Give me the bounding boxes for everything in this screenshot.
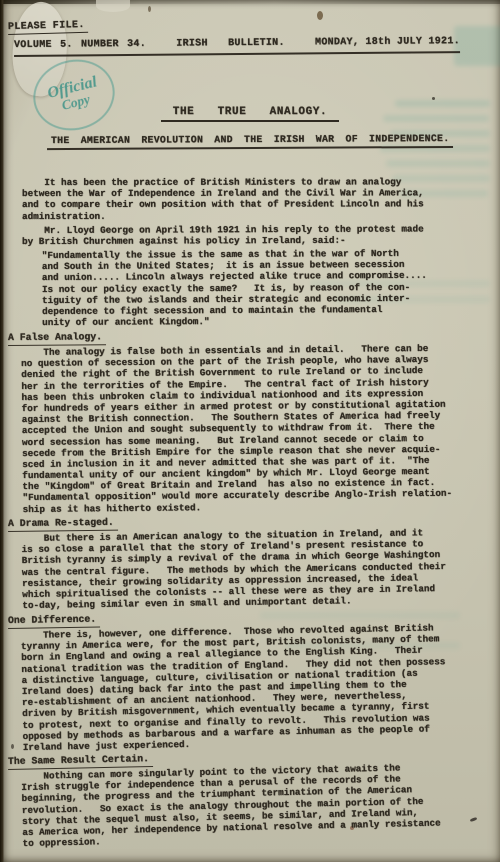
- section-heading-text: A Drama Re-staged.: [8, 517, 118, 532]
- masthead-publication-title: IRISH BULLETIN.: [176, 38, 285, 50]
- page-title: THE TRUE ANALOGY.: [161, 106, 339, 122]
- body-paragraph: Mr. Lloyd George on April 19th 1921 in h…: [22, 223, 492, 247]
- please-file-annotation: PLEASE FILE.: [8, 20, 88, 35]
- document-page: PLEASE FILE. VOLUME 5. NUMBER 34. IRISH …: [0, 0, 500, 862]
- section-heading-text: A False Analogy.: [8, 332, 106, 346]
- text-line: Mr. Lloyd George on April 19th 1921 in h…: [22, 223, 492, 236]
- ink-bleed-smudge: [454, 26, 500, 66]
- text-line: by British Churchmen against his policy …: [22, 234, 492, 247]
- text-line: between the War of Independence in Irela…: [22, 187, 492, 199]
- stain-speck: [148, 6, 151, 12]
- masthead: VOLUME 5. NUMBER 34. IRISH BULLETIN. MON…: [14, 36, 460, 57]
- body-paragraph: Nothing can more singularly point to the…: [21, 760, 493, 849]
- body-paragraph: There is, however, one difference. Those…: [21, 621, 493, 753]
- torn-paper-patch: [96, 0, 130, 12]
- body-paragraph: The analogy is false both in essentials …: [21, 343, 493, 516]
- page-subtitle: THE AMERICAN REVOLUTION AND THE IRISH WA…: [47, 133, 453, 150]
- document-body: It has been the practice of British Mini…: [0, 177, 500, 849]
- section-heading-text: One Difference.: [8, 613, 100, 628]
- body-paragraph: It has been the practice of British Mini…: [22, 176, 492, 222]
- stain-speck: [317, 11, 323, 20]
- masthead-volume-number: VOLUME 5. NUMBER 34.: [14, 39, 146, 51]
- scan-edge-top: [0, 0, 500, 4]
- stain-speck: [432, 97, 435, 100]
- text-line: It has been the practice of British Mini…: [22, 176, 492, 188]
- text-line: unity of our ancient Kingdom.": [42, 315, 492, 329]
- text-line: administration.: [22, 210, 492, 222]
- section-heading-text: The Same Result Certain.: [8, 753, 153, 769]
- body-paragraph: But there is an American analogy to the …: [21, 527, 492, 612]
- ink-bleed-smudge: [386, 160, 490, 167]
- text-line: and to compare their own position with t…: [22, 199, 492, 211]
- masthead-date: MONDAY, 18th JULY 1921.: [315, 36, 460, 48]
- quoted-passage: "Fundamentally the issue is the same as …: [42, 247, 492, 328]
